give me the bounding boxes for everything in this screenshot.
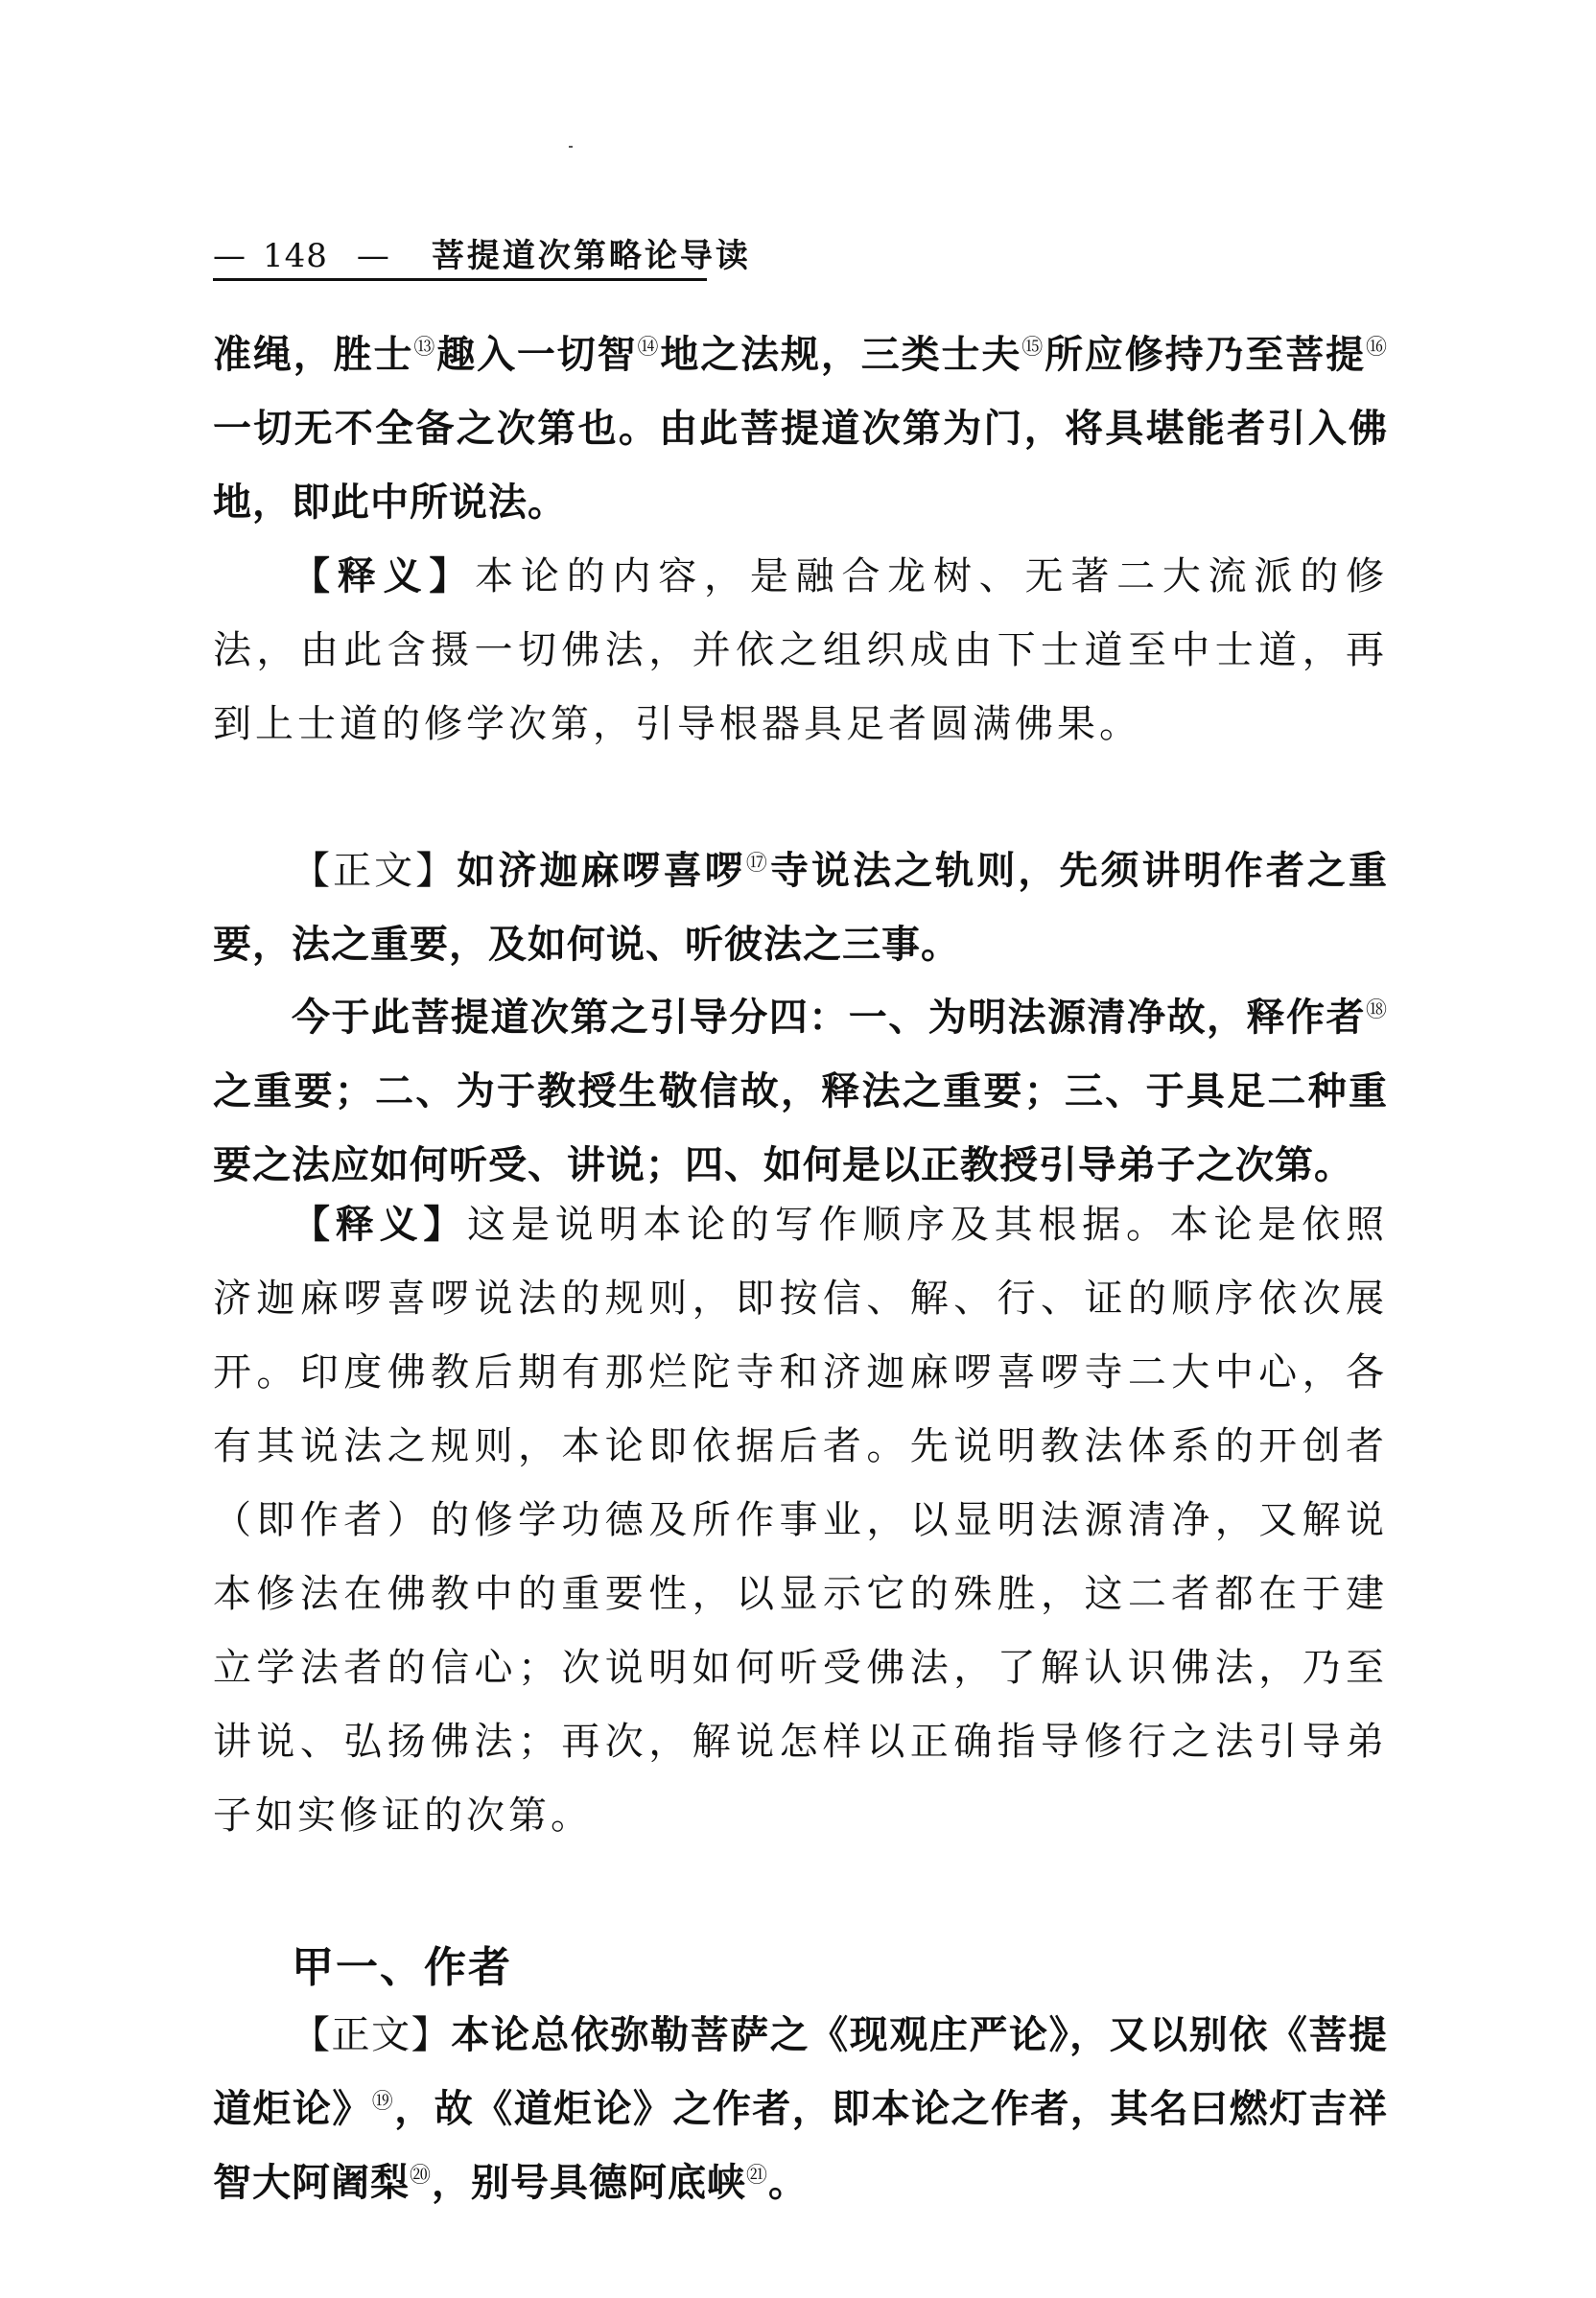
main-text-paragraph: 【正文】本论总依弥勒菩萨之《现观庄严论》，又以别依《菩提道炬论》⑲，故《道炬论》… <box>213 1999 1388 2220</box>
running-head: —148—菩提道次第略论导读 <box>213 234 707 281</box>
text-run: 这是说明本论的写作顺序及其根据。本论是依照济迦麻啰喜啰说法的规则，即按信、解、行… <box>213 1203 1388 1838</box>
footnote-marker[interactable]: ⑰ <box>746 852 770 876</box>
footnote-marker[interactable]: ㉑ <box>746 2164 768 2188</box>
footnote-marker[interactable]: ⑬ <box>413 336 436 360</box>
book-title: 菩提道次第略论导读 <box>432 237 751 275</box>
text-run: 一切无不全备之次第也。由此菩提道次第为门，将具堪能者引入佛地，即此中所说法。 <box>213 407 1388 525</box>
main-text-paragraph: 今于此菩提道次第之引导分四：一、为明法源清净故，释作者⑱之重要；二、为于教授生敬… <box>213 981 1388 1203</box>
section-heading: 甲一、作者 <box>292 1939 512 1997</box>
main-text-paragraph: 【正文】如济迦麻啰喜啰⑰寺说法之轨则，先须讲明作者之重要，法之重要，及如何说、听… <box>213 834 1388 982</box>
footnote-marker[interactable]: ⑲ <box>372 2090 394 2114</box>
footnote-marker[interactable]: ⑱ <box>1366 998 1388 1022</box>
commentary-paragraph: 【释义】本论的内容，是融合龙树、无著二大流派的修法，由此含摄一切佛法，并依之组织… <box>213 539 1388 762</box>
page-number-dash-right: — <box>357 234 389 278</box>
footnote-marker[interactable]: ⑭ <box>638 336 661 360</box>
text-run: 。 <box>768 2161 808 2205</box>
main-text-label: 【正文】 <box>292 2013 451 2057</box>
text-run: 准绳，胜士 <box>213 333 413 377</box>
page-number-dash-left: — <box>213 234 246 278</box>
text-run: 地之法规，三类士夫 <box>660 333 1021 377</box>
commentary-label: 【释义】 <box>292 1202 467 1247</box>
commentary-paragraph: 【释义】这是说明本论的写作顺序及其根据。本论是依照济迦麻啰喜啰说法的规则，即按信… <box>213 1187 1388 1853</box>
footnote-marker[interactable]: ⑳ <box>410 2164 432 2188</box>
text-run: 今于此菩提道次第之引导分四：一、为明法源清净故，释作者 <box>292 996 1366 1040</box>
text-run: 如济迦麻啰喜啰 <box>457 849 746 893</box>
commentary-label: 【释义】 <box>292 553 475 598</box>
text-run: 趣入一切智 <box>436 333 637 377</box>
footnote-marker[interactable]: ⑯ <box>1366 336 1388 360</box>
text-run: ，别号具德阿底峡 <box>432 2161 746 2205</box>
footnote-marker[interactable]: ⑮ <box>1021 336 1044 360</box>
main-text-label: 【正文】 <box>292 849 457 893</box>
text-run: 所应修持乃至菩提 <box>1044 333 1366 377</box>
scan-speck <box>569 146 573 148</box>
text-run: 之重要；二、为于教授生敬信故，释法之重要；三、于具足二种重要之法应如何听受、讲说… <box>213 1069 1388 1187</box>
page-number: 148 <box>263 234 328 278</box>
main-text-paragraph: 准绳，胜士⑬趣入一切智⑭地之法规，三类士夫⑮所应修持乃至菩提⑯一切无不全备之次第… <box>213 318 1388 540</box>
